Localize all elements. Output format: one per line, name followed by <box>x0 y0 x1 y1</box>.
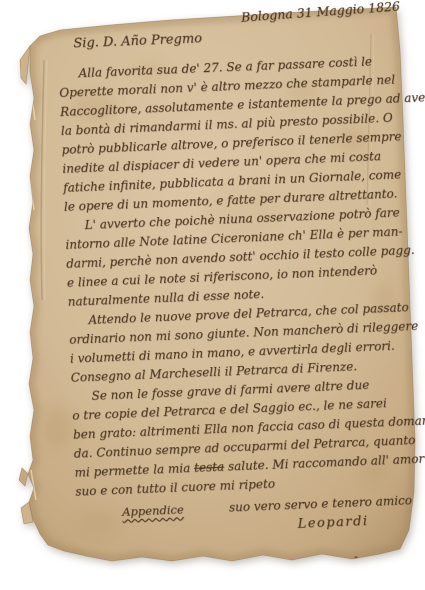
valediction-block: suo vero servo e tenero amico Leopardi <box>229 491 414 536</box>
letter-body: Alla favorita sua de' 27. Se a far passa… <box>58 51 421 502</box>
scanned-letter-page: Bologna 31 Maggio 1826 Sig. D. Año Pregm… <box>0 0 425 590</box>
torn-flap <box>20 46 30 84</box>
letter-paragraph-1: Alla favorita sua de' 27. Se a far passa… <box>58 51 410 217</box>
letter-annotation: Appendice <box>122 500 184 521</box>
letter-paragraph-4-lines: Se non le fosse grave di farmi avere alt… <box>71 374 420 464</box>
torn-flap <box>19 468 28 486</box>
letter-paragraph-2: L' avverto che poichè niuna osservazione… <box>64 203 414 312</box>
correction-pre: mi permette la mia <box>74 461 194 480</box>
letter-paragraph-4: Se non le fosse grave di farmi avere alt… <box>71 374 421 502</box>
letter-text: Bologna 31 Maggio 1826 Sig. D. Año Pregm… <box>56 0 423 543</box>
letter-paragraph-3: Attendo le nuove prove del Petrarca, che… <box>68 298 417 388</box>
struck-word: testa <box>194 460 225 475</box>
